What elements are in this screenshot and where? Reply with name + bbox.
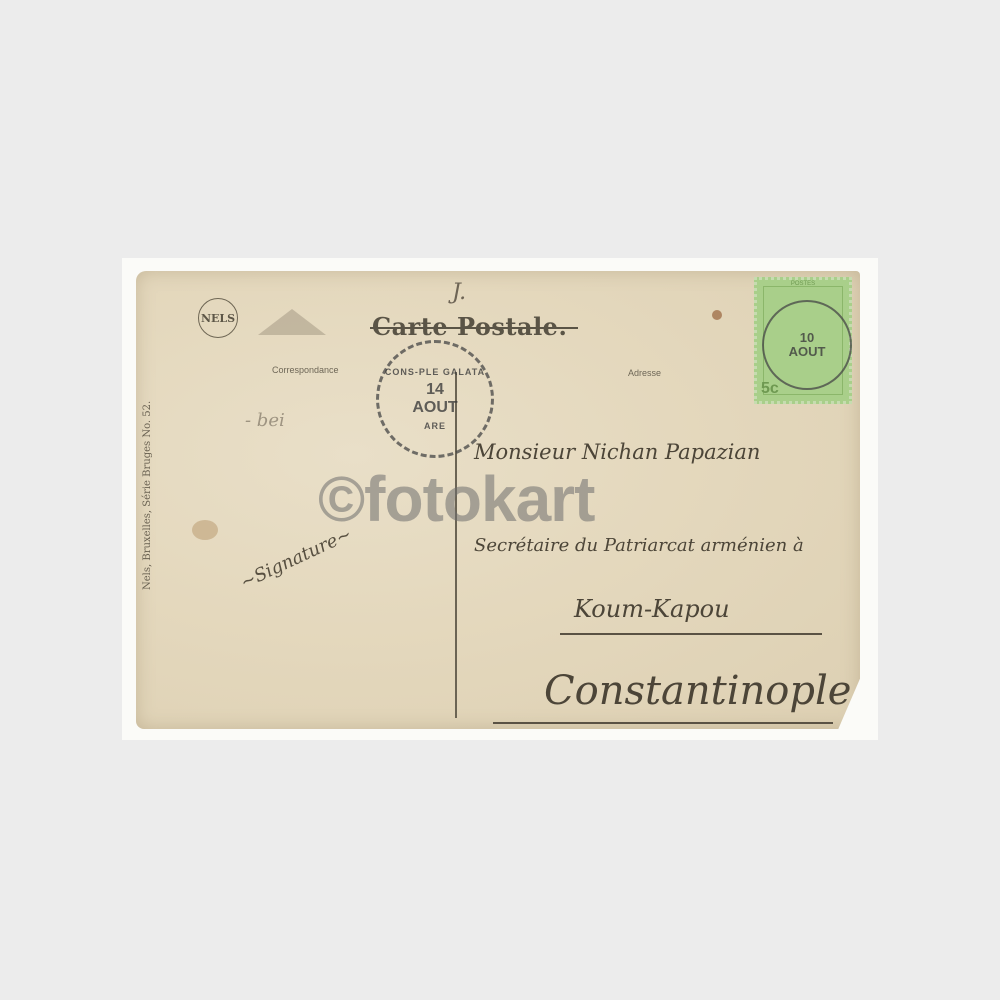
postmark-day: 10 — [800, 331, 814, 345]
postmark-bottom-text: ARE — [424, 417, 446, 435]
publisher-logo-text: NELS — [201, 312, 235, 325]
pencil-note: - bei — [245, 410, 285, 431]
publisher-logo: NELS — [198, 298, 238, 338]
postmark-month: AOUT — [412, 399, 457, 417]
pencil-mark: J. — [452, 280, 466, 305]
stamp-value: 5c — [761, 380, 779, 398]
postmark-ring-text: CONS-PLE GALATA — [385, 363, 485, 381]
address-underline — [493, 722, 833, 724]
watermark: ©fotokart — [318, 462, 594, 536]
postmark-month: AOUT — [789, 345, 826, 359]
title-strikethrough — [370, 327, 578, 329]
adresse-label: Adresse — [628, 368, 661, 378]
address-line-4: Constantinople — [544, 668, 851, 714]
address-underline — [560, 633, 822, 635]
postmark-cancel: 10 AOUT — [762, 300, 852, 390]
address-line-2: Secrétaire du Patriarcat arménien à — [474, 535, 804, 556]
correspondance-label: Correspondance — [272, 365, 339, 375]
stain — [712, 310, 722, 320]
address-line-1: Monsieur Nichan Papazian — [474, 440, 760, 464]
postmark-day: 14 — [426, 381, 444, 399]
stain — [192, 520, 218, 540]
publisher-imprint: Nels, Bruxelles, Série Bruges No. 52. — [142, 401, 153, 590]
stamp-top-text: POSTES — [757, 281, 849, 287]
triangle-mark — [258, 309, 326, 335]
address-line-3: Koum-Kapou — [574, 595, 730, 623]
